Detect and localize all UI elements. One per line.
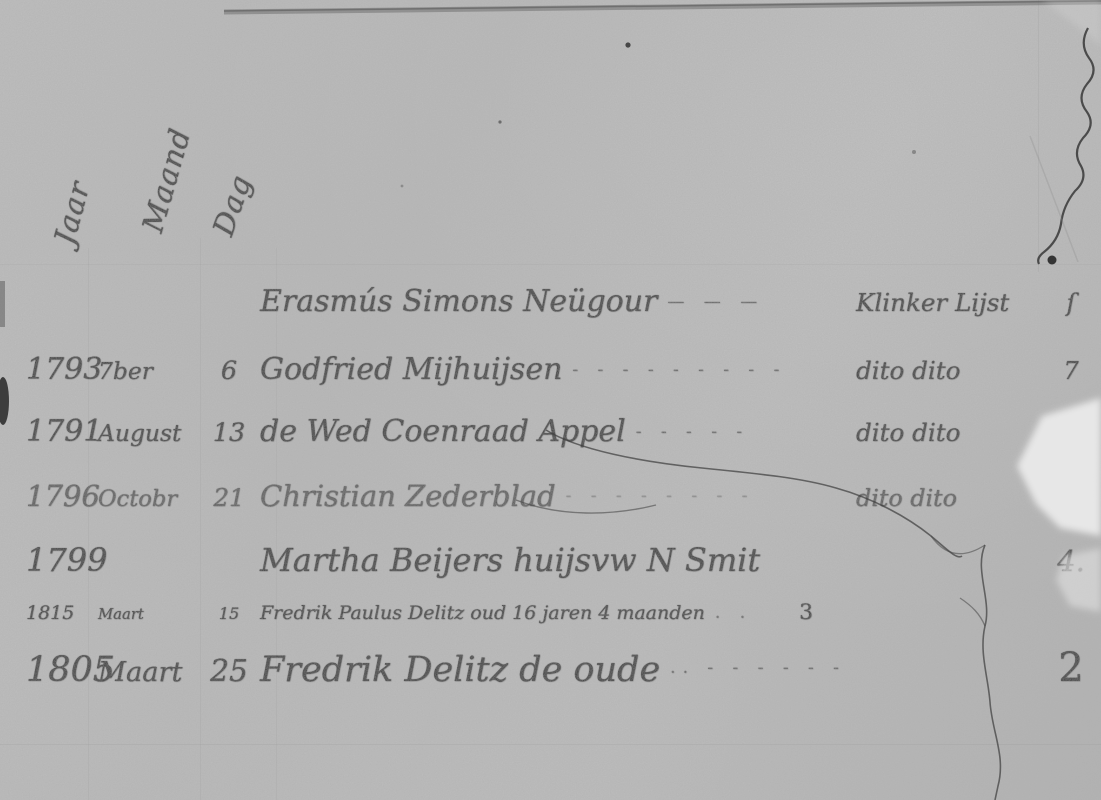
top-edge-line xyxy=(224,2,1101,12)
ink-speck xyxy=(625,42,630,47)
cell-annotation: dito dito xyxy=(856,356,1041,385)
cell-right-mark: 4. xyxy=(1041,544,1101,578)
cell-jaar: 1805 xyxy=(0,650,98,690)
cell-name: Erasmús Simons Neügour xyxy=(260,284,657,319)
register-row: 1799 Martha Beijers huijsvw N Smit 4. xyxy=(0,541,1101,579)
cell-maand: Maart xyxy=(98,606,198,623)
cell-name: Christian Zederblad xyxy=(260,479,556,513)
cell-annotation: Klinker Lijst xyxy=(856,288,1041,317)
cell-jaar: 1793 xyxy=(0,352,98,387)
grid-line-vertical xyxy=(1038,0,1039,272)
register-row: 1805 Maart 25 Fredrik Delitz de oude .. … xyxy=(0,645,1101,691)
cell-annotation: dito dito xyxy=(856,484,1041,512)
grid-line-vertical xyxy=(88,248,89,800)
ink-speck xyxy=(498,120,501,123)
grid-line-horizontal xyxy=(0,744,1101,745)
cell-right-mark: 7 xyxy=(1041,357,1101,385)
register-row: 1791 August 13 de Wed Coenraad Appel - -… xyxy=(0,414,1101,449)
cell-annotation: dito dito xyxy=(856,418,1041,447)
right-margin-ink-blob xyxy=(1048,256,1057,265)
column-header-maand: Maand xyxy=(135,124,197,236)
faint-scratch xyxy=(1030,136,1078,262)
cell-name: Fredrik Paulus Delitz oud 16 jaren 4 maa… xyxy=(260,602,705,624)
cell-name: Martha Beijers huijsvw N Smit xyxy=(260,541,760,579)
cell-jaar: 1791 xyxy=(0,414,98,449)
top-edge-line-dark xyxy=(224,1,1101,11)
dash-filler: .. - - - - - - xyxy=(660,658,1027,678)
cell-dag: 6 xyxy=(198,356,260,386)
cell-dag: 21 xyxy=(198,483,260,512)
cell-right-mark: ſ xyxy=(1041,289,1101,317)
ink-speck xyxy=(401,185,404,188)
cell-maand: Maart xyxy=(98,657,198,688)
register-row: 1793 7ber 6 Godfried Mijhuijsen - - - - … xyxy=(0,352,1101,387)
dash-filler: — — — xyxy=(657,292,856,312)
dash-filler: . . xyxy=(705,603,762,623)
column-header-dag: Dag xyxy=(206,170,258,240)
cell-maand: August xyxy=(98,419,198,447)
cell-dag: 15 xyxy=(198,604,260,623)
right-margin-writing xyxy=(1038,28,1093,264)
register-row: 1815 Maart 15 Fredrik Paulus Delitz oud … xyxy=(0,600,1101,625)
cell-dag: 13 xyxy=(198,418,260,448)
column-header-jaar: Jaar xyxy=(47,177,96,248)
grid-line-vertical xyxy=(200,238,201,800)
cell-jaar: 1799 xyxy=(0,541,98,579)
cell-right-mark: 3 xyxy=(776,600,836,625)
grid-line-vertical xyxy=(276,248,277,800)
cell-jaar: 1815 xyxy=(0,602,98,624)
cell-name: Godfried Mijhuijsen xyxy=(260,352,562,387)
cell-maand: 7ber xyxy=(98,357,198,385)
corner-light-patch xyxy=(1042,0,1101,46)
dash-filler: - - - - - - - - - xyxy=(562,360,856,380)
cell-name: de Wed Coenraad Appel xyxy=(260,414,626,449)
grid-line-horizontal xyxy=(0,264,1101,265)
dash-filler: - - - - - xyxy=(626,422,856,442)
register-page: Jaar Maand Dag Erasmús Simons Neügour — … xyxy=(0,0,1101,800)
cell-right-mark: 2 xyxy=(1041,645,1101,691)
register-row: 1796 Octobr 21 Christian Zederblad - - -… xyxy=(0,479,1101,513)
cell-name: Fredrik Delitz de oude xyxy=(260,650,660,690)
dash-filler: - - - - - - - - xyxy=(556,486,856,506)
ink-speck xyxy=(912,150,916,154)
register-row: Erasmús Simons Neügour — — — Klinker Lij… xyxy=(0,284,1101,319)
cell-dag: 25 xyxy=(198,654,260,689)
cell-jaar: 1796 xyxy=(0,479,98,513)
cell-maand: Octobr xyxy=(98,486,198,512)
